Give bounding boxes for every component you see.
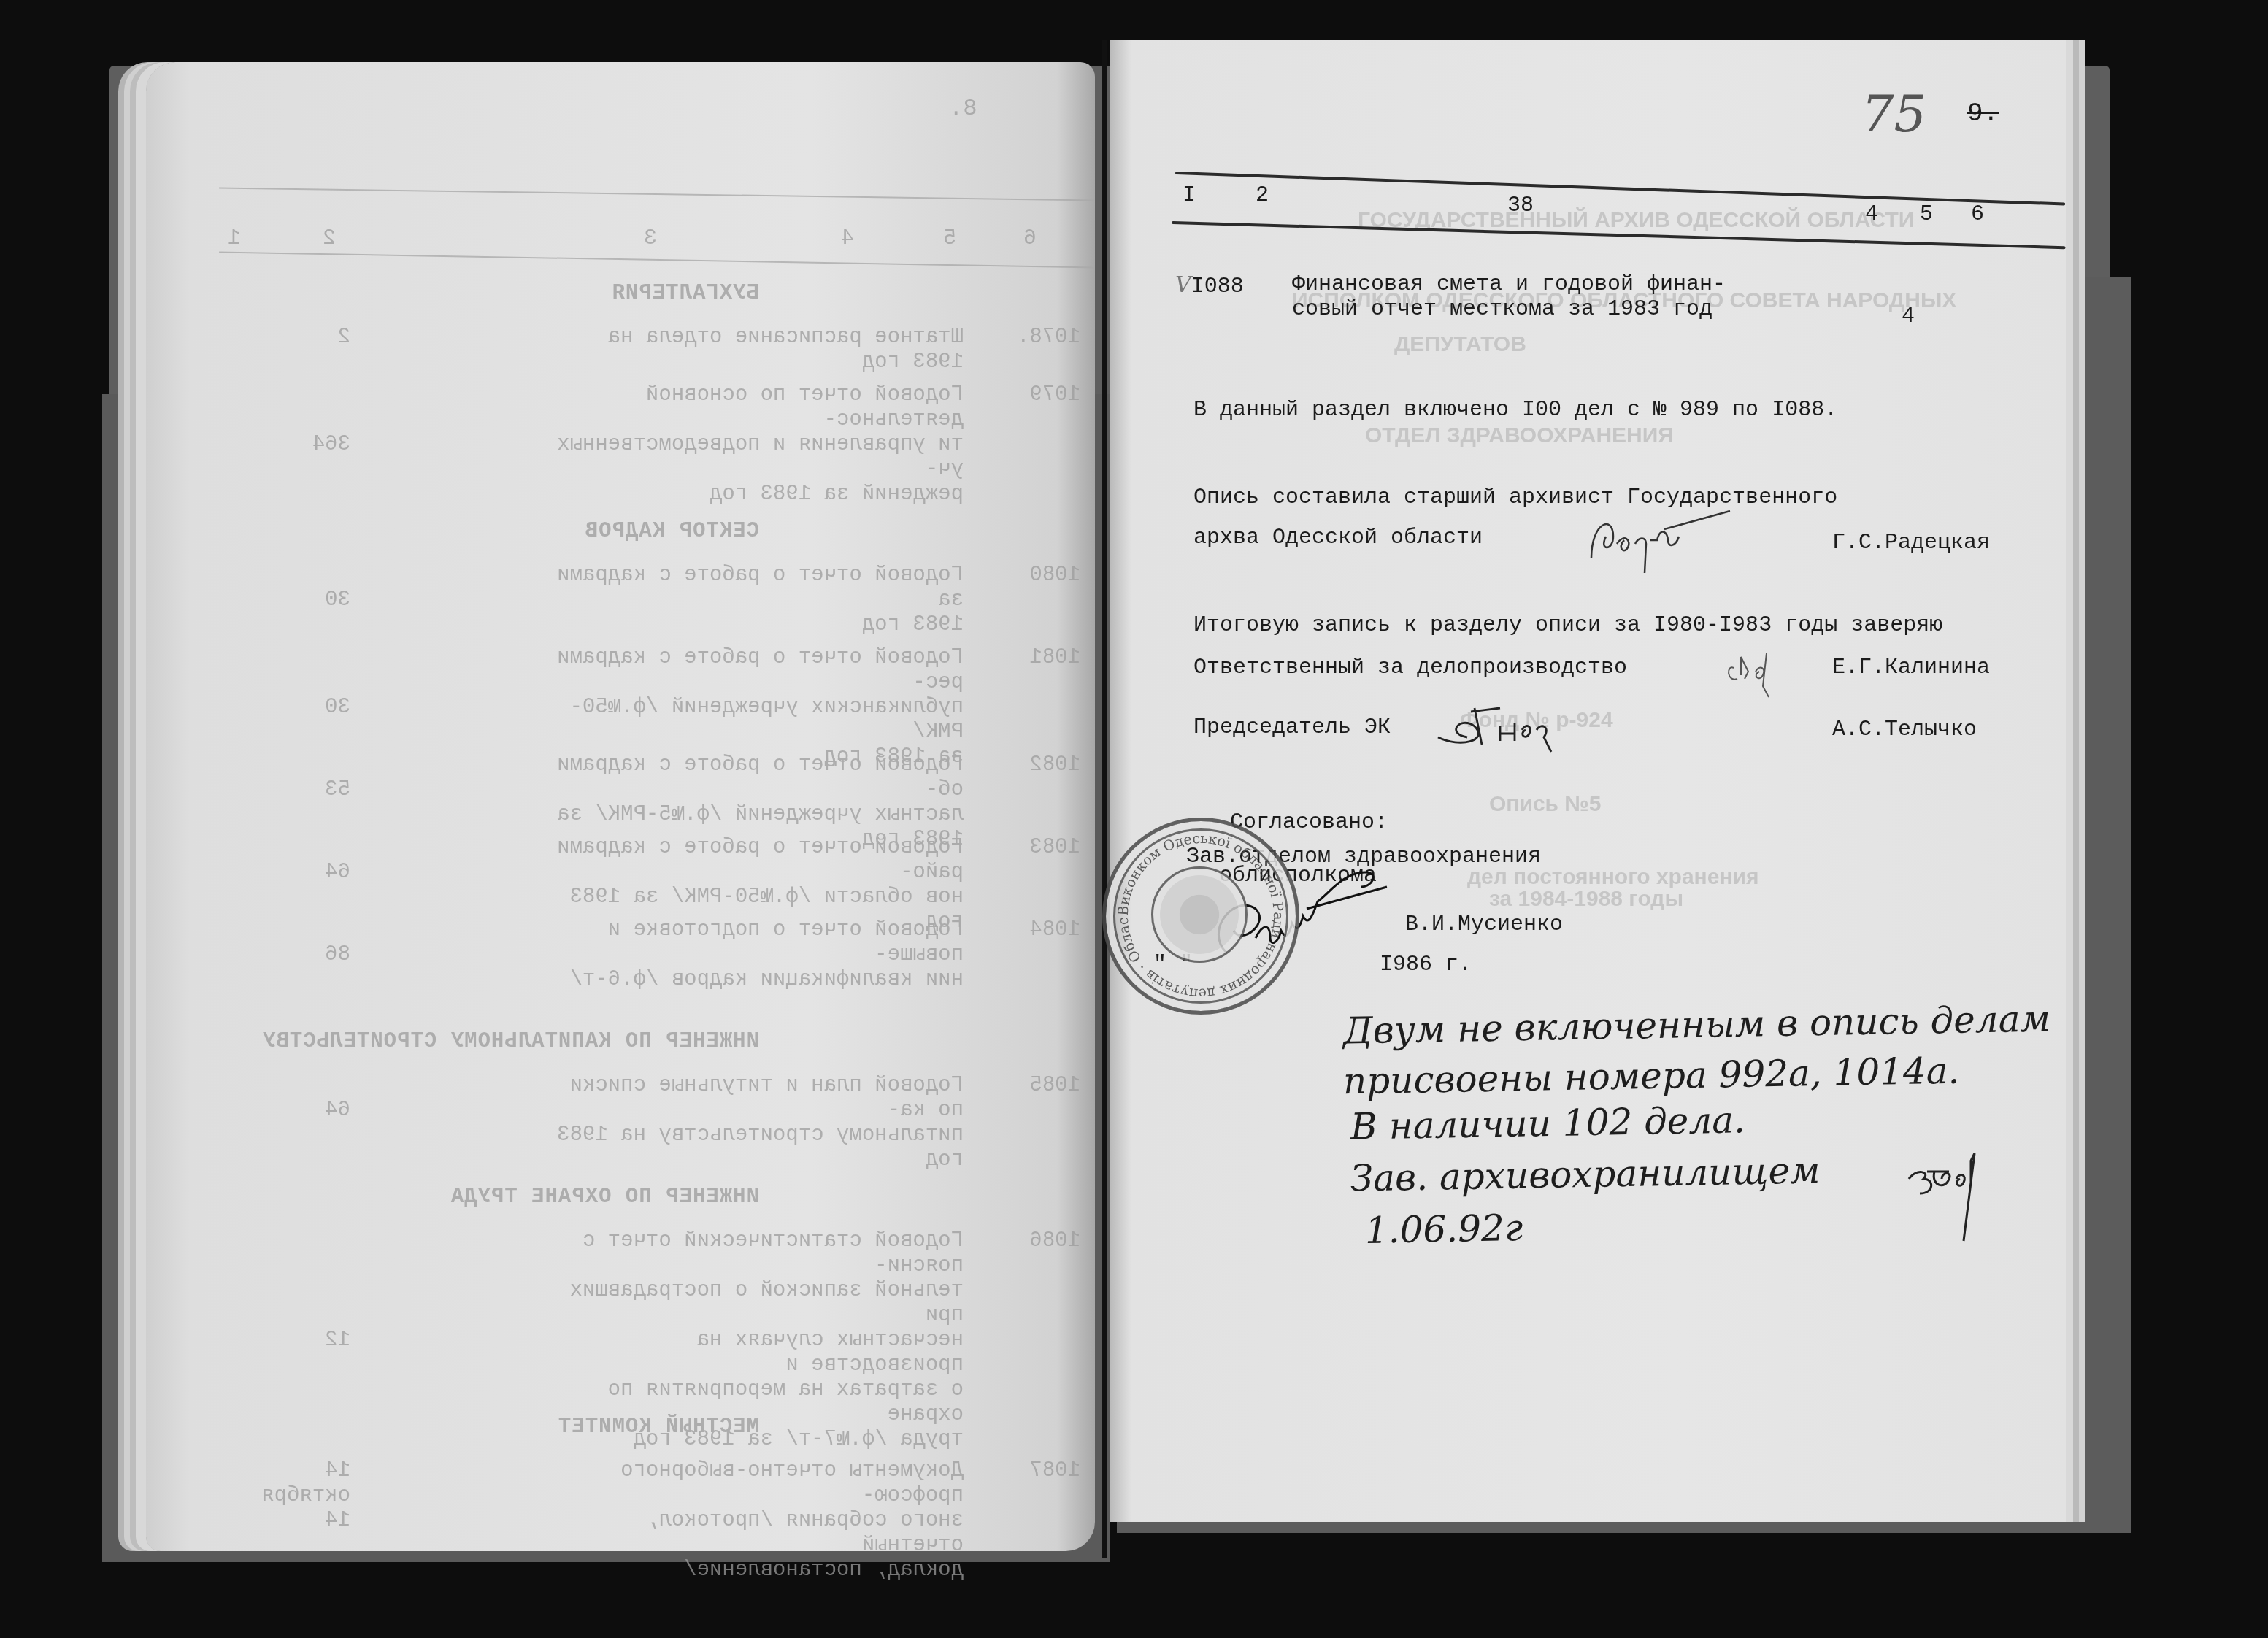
entry-title-1: Финансовая смета и годовой финан-: [1292, 272, 1726, 297]
right-page: ГОСУДАРСТВЕННЫЙ АРХИВ ОДЕССКОЙ ОБЛАСТИИС…: [1110, 40, 2066, 1522]
header-col-3: 38: [1507, 193, 1534, 218]
ghost-line: Опись №5: [1489, 792, 1602, 817]
responsible-name: Е.Г.Калинина: [1832, 655, 1990, 680]
left-folio: 8.: [949, 95, 977, 122]
left-header-col-2: 2: [323, 226, 336, 251]
header-col-1: I: [1183, 183, 1196, 208]
chair-label: Председатель ЭК: [1193, 715, 1391, 740]
left-section-title: ИНЖЕНЕР ПО ОХРАНЕ ТРУДА: [450, 1185, 759, 1209]
left-header-col-3: 3: [644, 226, 657, 251]
book-spine: [1102, 40, 1107, 1558]
signature-archive-head: [1902, 1150, 2048, 1259]
left-section-title: БУХГАЛТЕРИЯ: [612, 281, 759, 305]
bleed-through-text: 8. 123456 БУХГАЛТЕРИЯ1078.Штатное распис…: [146, 62, 1095, 1551]
head-name: В.И.Мусиенко: [1405, 912, 1563, 937]
left-table-row: 1080Годовой отчет о работе с кадрами за …: [241, 563, 1080, 612]
left-page: 8. 123456 БУХГАЛТЕРИЯ1078.Штатное распис…: [146, 62, 1095, 1551]
left-section-title: СЕКТОР КАДРОВ: [585, 519, 759, 543]
header-rule-bottom: [219, 252, 1095, 269]
handwritten-folio: 75: [1861, 84, 1926, 144]
left-table-row: 1081Годовой отчет о работе с кадрами рес…: [241, 645, 1080, 720]
ghost-line: ОТДЕЛ ЗДРАВООХРАНЕНИЯ: [1365, 423, 1674, 448]
left-table-row: 1078.Штатное расписание отдела на 1983 г…: [241, 325, 1080, 350]
entry-number: VI088: [1175, 272, 1244, 299]
responsible-label: Ответственный за делопроизводство: [1193, 655, 1627, 680]
ghost-text: ГОСУДАРСТВЕННЫЙ АРХИВ ОДЕССКОЙ ОБЛАСТИИС…: [1110, 40, 2066, 1522]
chair-name: А.С.Телычко: [1832, 718, 1977, 742]
official-stamp: Виконком Одеської обласної Ради народних…: [1102, 818, 1299, 1015]
compiled-line-1: Опись составила старший архивист Государ…: [1193, 485, 1837, 510]
entry-title-2: совый отчет месткома за 1983 год: [1292, 297, 1712, 322]
entry-sheets: 4: [1902, 304, 1915, 329]
left-table-row: 1087Документы отчетно-выборного профсою-…: [241, 1458, 1080, 1533]
left-table-row: 1083Годовой отчет о работе с кадрами рай…: [241, 835, 1080, 885]
header-col-4: 4: [1865, 202, 1878, 227]
left-section-title: МЕСТНЫЙ КОМИТЕТ: [558, 1415, 759, 1439]
header-col-6: 6: [1971, 202, 1984, 227]
stamp-emblem: [1151, 866, 1248, 963]
compiled-name: Г.С.Радецкая: [1832, 531, 1990, 555]
ghost-line: ДЕПУТАТОВ: [1394, 332, 1526, 357]
signature-radetskaya: [1584, 507, 1752, 588]
typed-folio-struck: 9.: [1967, 99, 1999, 128]
left-header-col-1: 1: [228, 226, 241, 251]
left-section-title: ИНЖЕНЕР ПО КАПИТАЛЬНОМУ СТРОИТЕЛЬСТВУ: [262, 1029, 759, 1053]
note-line: 1.06.92г: [1365, 1207, 1523, 1252]
certify-line: Итоговую запись к разделу описи за I980-…: [1193, 613, 1942, 638]
note-line: В наличии 102 дела.: [1350, 1099, 1746, 1147]
left-table-row: 1086Годовой статистический отчет с поясн…: [241, 1228, 1080, 1353]
signature-kalinina: [1723, 639, 1781, 704]
left-table-row: 1085Годовой план и титульные списки по к…: [241, 1073, 1080, 1123]
left-header-col-6: 6: [1023, 226, 1037, 251]
compiled-line-2: архва Одесской области: [1193, 526, 1483, 550]
ghost-line: за 1984-1988 годы: [1489, 887, 1683, 912]
signature-telychko: [1431, 697, 1650, 755]
summary-line: В данный раздел включено I00 дел с № 989…: [1193, 398, 1837, 423]
left-header-col-5: 5: [943, 226, 956, 251]
header-col-2: 2: [1256, 183, 1269, 208]
left-header-col-4: 4: [841, 226, 854, 251]
date-year: I986 г.: [1380, 953, 1472, 977]
note-line: Зав. архивохранилищем: [1350, 1149, 1821, 1199]
header-col-5: 5: [1920, 202, 1933, 227]
left-table-row: 1084Годовой отчет о подготовке и повыше-…: [241, 918, 1080, 967]
header-rule-top: [219, 188, 1095, 201]
left-table-row: 1082Годовой отчет о работе с кадрами об-…: [241, 753, 1080, 802]
left-table-row: 1079Годовой отчет по основной деятельнос…: [241, 382, 1080, 457]
